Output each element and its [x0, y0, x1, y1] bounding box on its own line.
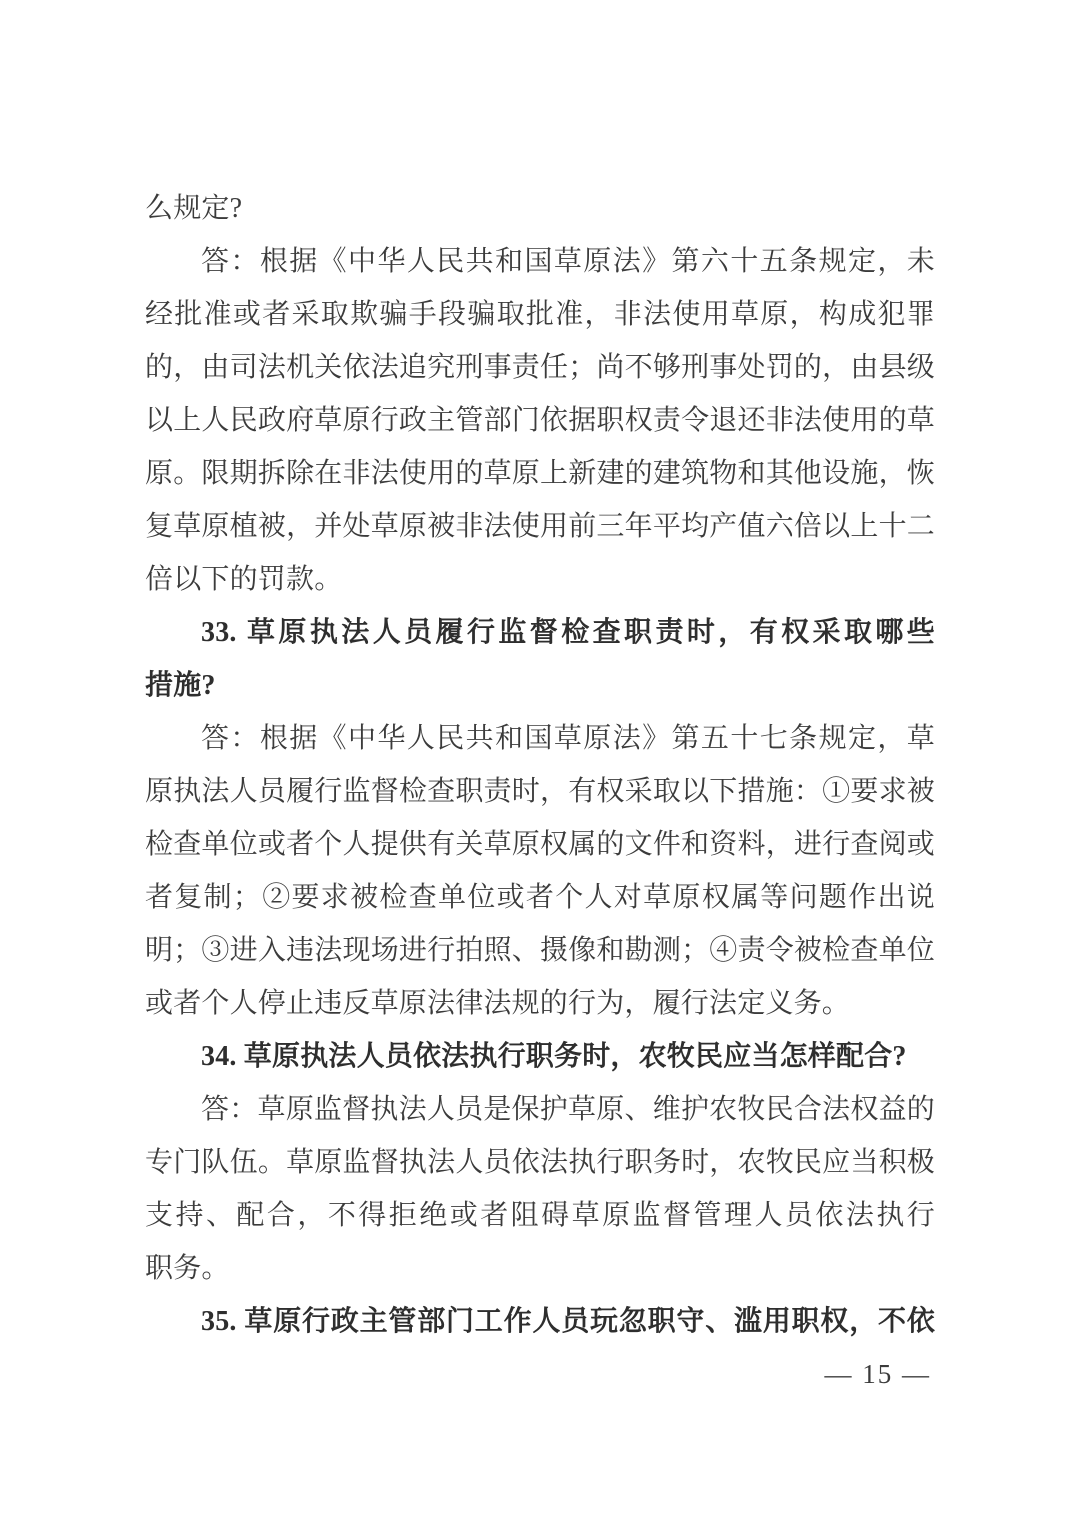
text-line: 支持、配合，不得拒绝或者阻碍草原监督管理人员依法执行	[145, 1189, 935, 1242]
text-line: 答：根据《中华人民共和国草原法》第五十七条规定，草	[145, 712, 935, 765]
text-line: 经批准或者采取欺骗手段骗取批准，非法使用草原，构成犯罪	[145, 288, 935, 341]
text-line: 原执法人员履行监督检查职责时，有权采取以下措施：①要求被	[145, 765, 935, 818]
text-line: 检查单位或者个人提供有关草原权属的文件和资料，进行查阅或	[145, 818, 935, 871]
text-line: 或者个人停止违反草原法律法规的行为，履行法定义务。	[145, 977, 935, 1030]
text-line: 倍以下的罚款。	[145, 553, 935, 606]
text-line: 措施?	[145, 659, 935, 712]
text-line: 职务。	[145, 1242, 935, 1295]
text-line: 明；③进入违法现场进行拍照、摄像和勘测；④责令被检查单位	[145, 924, 935, 977]
text-line: 33. 草原执法人员履行监督检查职责时，有权采取哪些	[145, 606, 935, 659]
text-line: 么规定?	[145, 182, 935, 235]
text-line: 者复制；②要求被检查单位或者个人对草原权属等问题作出说	[145, 871, 935, 924]
page-number: — 15 —	[145, 1348, 935, 1401]
text-line: 原。限期拆除在非法使用的草原上新建的建筑物和其他设施，恢	[145, 447, 935, 500]
text-line: 答：草原监督执法人员是保护草原、维护农牧民合法权益的	[145, 1083, 935, 1136]
text-line: 的，由司法机关依法追究刑事责任；尚不够刑事处罚的，由县级	[145, 341, 935, 394]
text-line: 复草原植被，并处草原被非法使用前三年平均产值六倍以上十二	[145, 500, 935, 553]
text-line: 35. 草原行政主管部门工作人员玩忽职守、滥用职权，不依	[145, 1295, 935, 1348]
document-page: 么规定?答：根据《中华人民共和国草原法》第六十五条规定，未经批准或者采取欺骗手段…	[0, 0, 1080, 1527]
text-line: 专门队伍。草原监督执法人员依法执行职务时，农牧民应当积极	[145, 1136, 935, 1189]
text-lines: 么规定?答：根据《中华人民共和国草原法》第六十五条规定，未经批准或者采取欺骗手段…	[145, 182, 935, 1348]
text-line: 答：根据《中华人民共和国草原法》第六十五条规定，未	[145, 235, 935, 288]
text-line: 以上人民政府草原行政主管部门依据职权责令退还非法使用的草	[145, 394, 935, 447]
text-line: 34. 草原执法人员依法执行职务时，农牧民应当怎样配合?	[145, 1030, 935, 1083]
